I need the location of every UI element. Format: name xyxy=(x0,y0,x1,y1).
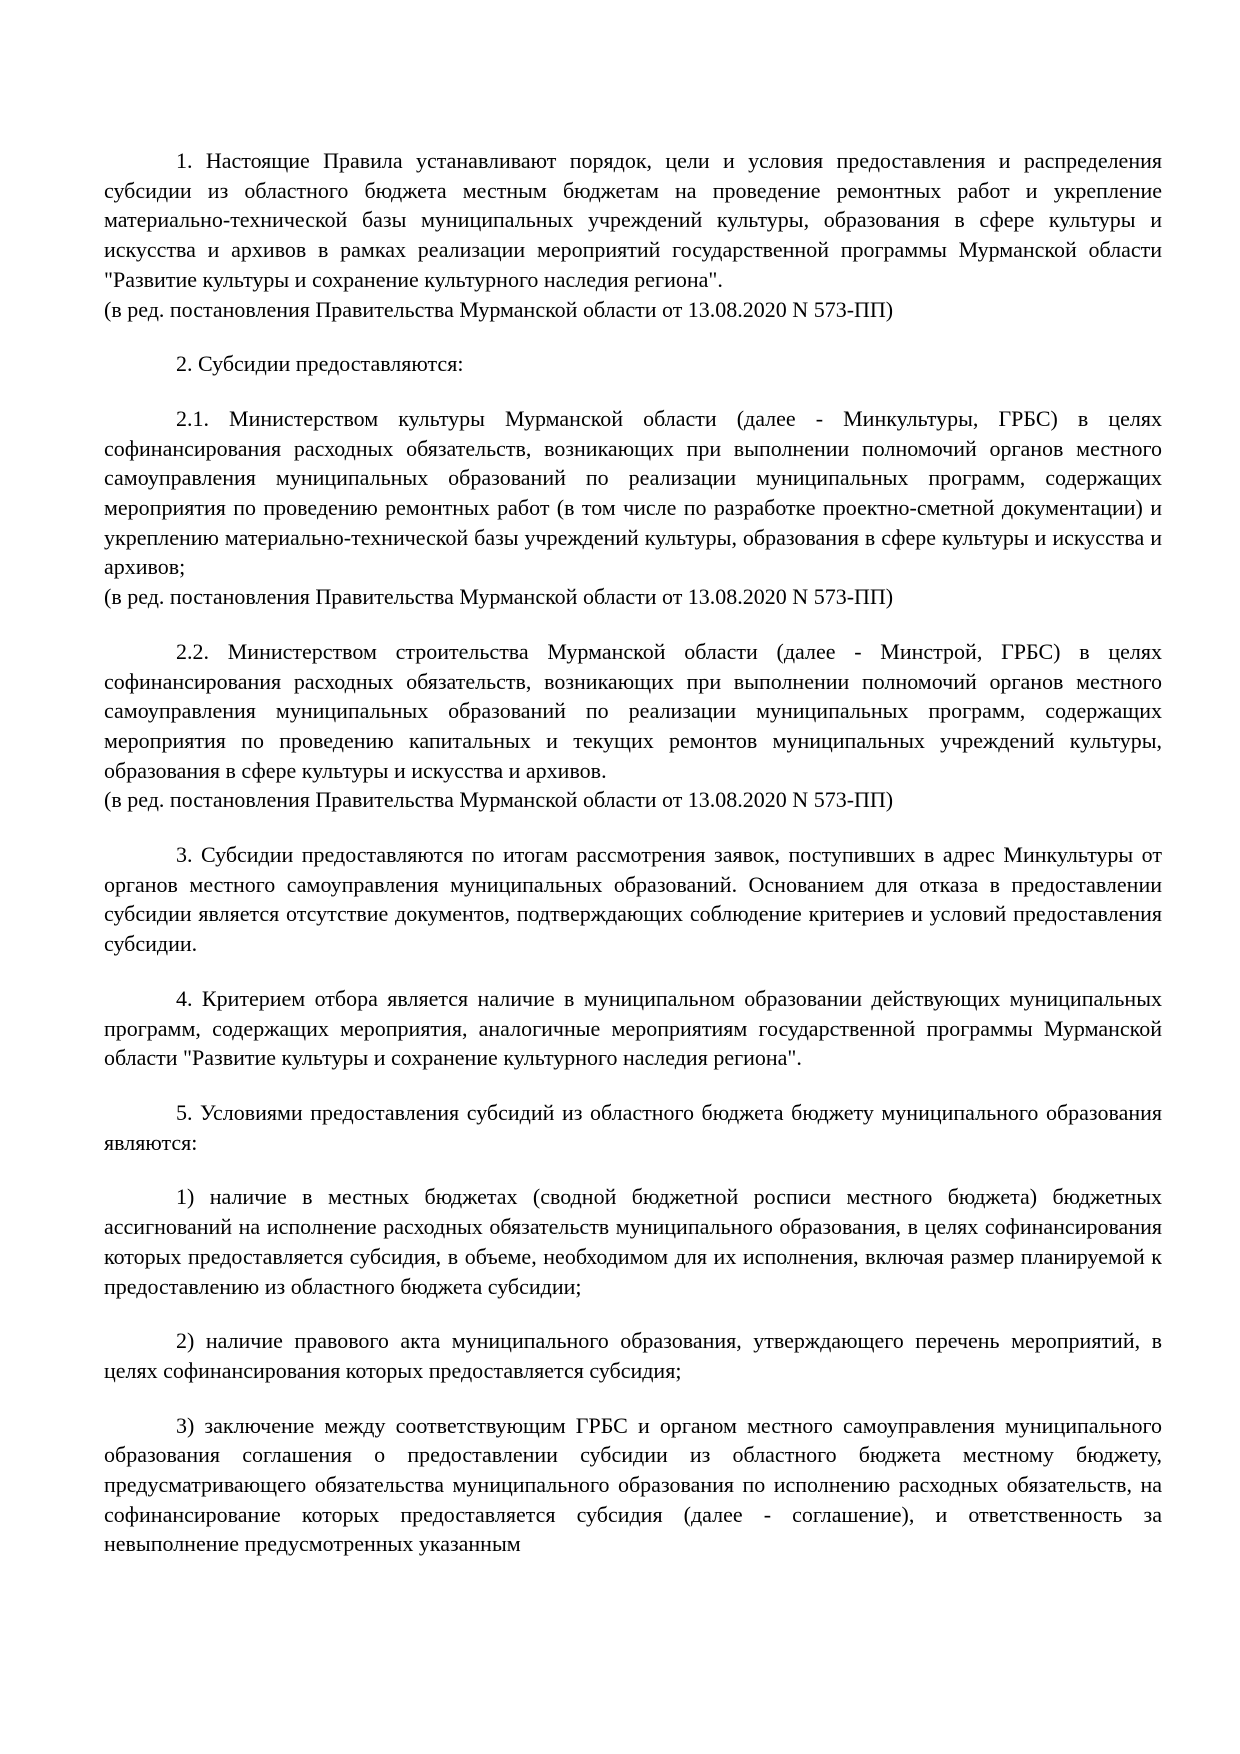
amendment-note-1: (в ред. постановления Правительства Мурм… xyxy=(104,295,1162,325)
paragraph-5: 5. Условиями предоставления субсидий из … xyxy=(104,1098,1162,1157)
paragraph-2-2: 2.2. Министерством строительства Мурманс… xyxy=(104,637,1162,786)
amendment-note-2: (в ред. постановления Правительства Мурм… xyxy=(104,582,1162,612)
amendment-note-3: (в ред. постановления Правительства Мурм… xyxy=(104,785,1162,815)
paragraph-3: 3. Субсидии предоставляются по итогам ра… xyxy=(104,840,1162,959)
paragraph-5-item-2: 2) наличие правового акта муниципального… xyxy=(104,1326,1162,1385)
paragraph-2: 2. Субсидии предоставляются: xyxy=(104,349,1162,379)
paragraph-2-1: 2.1. Министерством культуры Мурманской о… xyxy=(104,404,1162,582)
paragraph-5-item-3: 3) заключение между соответствующим ГРБС… xyxy=(104,1411,1162,1560)
document-page: 1. Настоящие Правила устанавливают поряд… xyxy=(0,0,1240,1754)
paragraph-4: 4. Критерием отбора является наличие в м… xyxy=(104,984,1162,1073)
paragraph-5-item-1: 1) наличие в местных бюджетах (сводной б… xyxy=(104,1182,1162,1301)
paragraph-1: 1. Настоящие Правила устанавливают поряд… xyxy=(104,146,1162,295)
